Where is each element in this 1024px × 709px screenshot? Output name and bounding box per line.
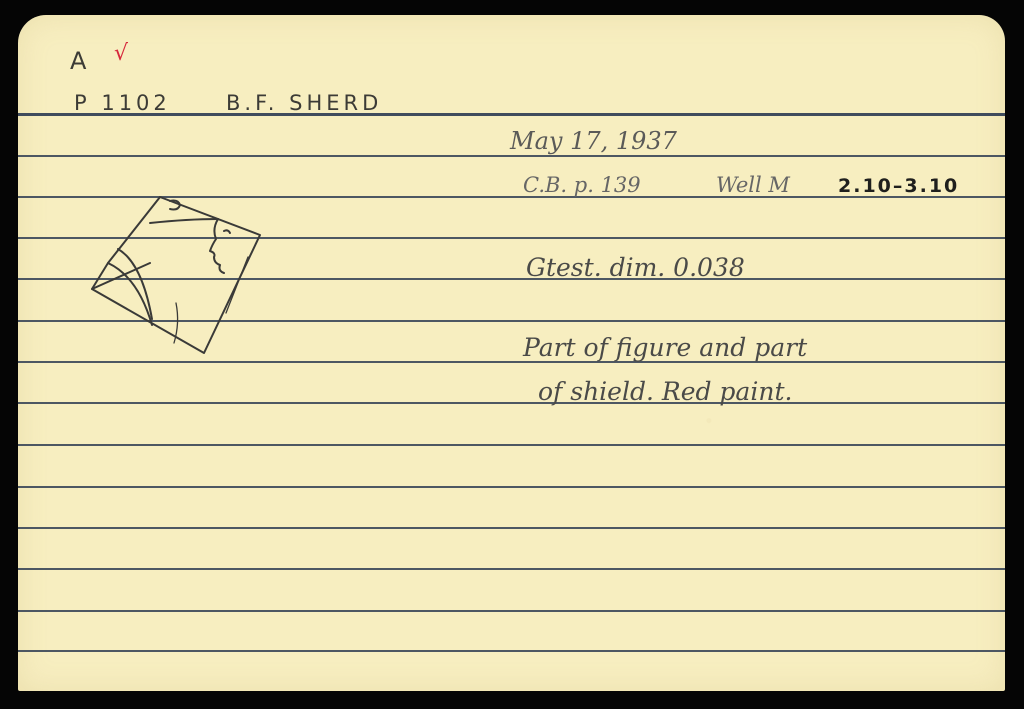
location: Well M: [716, 173, 790, 197]
sherd-sketch-icon: [88, 193, 288, 383]
ruled-line: [18, 402, 1005, 404]
catalog-number: P 1102: [74, 91, 171, 115]
ruled-line: [18, 527, 1005, 529]
ruled-line: [18, 568, 1005, 570]
description-line-1: Part of figure and part: [523, 333, 807, 362]
ruled-line: [18, 650, 1005, 652]
section-letter: A: [70, 47, 89, 75]
date: May 17, 1937: [510, 127, 677, 155]
ruled-line: [18, 444, 1005, 446]
ruled-line: [18, 486, 1005, 488]
dimension: Gtest. dim. 0.038: [526, 253, 745, 282]
description-line-2: of shield. Red paint.: [538, 377, 792, 406]
catalog-card: A √ P 1102 B.F. SHERD May 17, 1937 C.B. …: [18, 15, 1005, 691]
object-title: B.F. SHERD: [226, 91, 382, 115]
check-mark: √: [114, 41, 128, 66]
ruled-line: [18, 155, 1005, 157]
ruled-line: [18, 610, 1005, 612]
depth: 2.10–3.10: [838, 175, 959, 197]
reference: C.B. p. 139: [523, 173, 641, 197]
